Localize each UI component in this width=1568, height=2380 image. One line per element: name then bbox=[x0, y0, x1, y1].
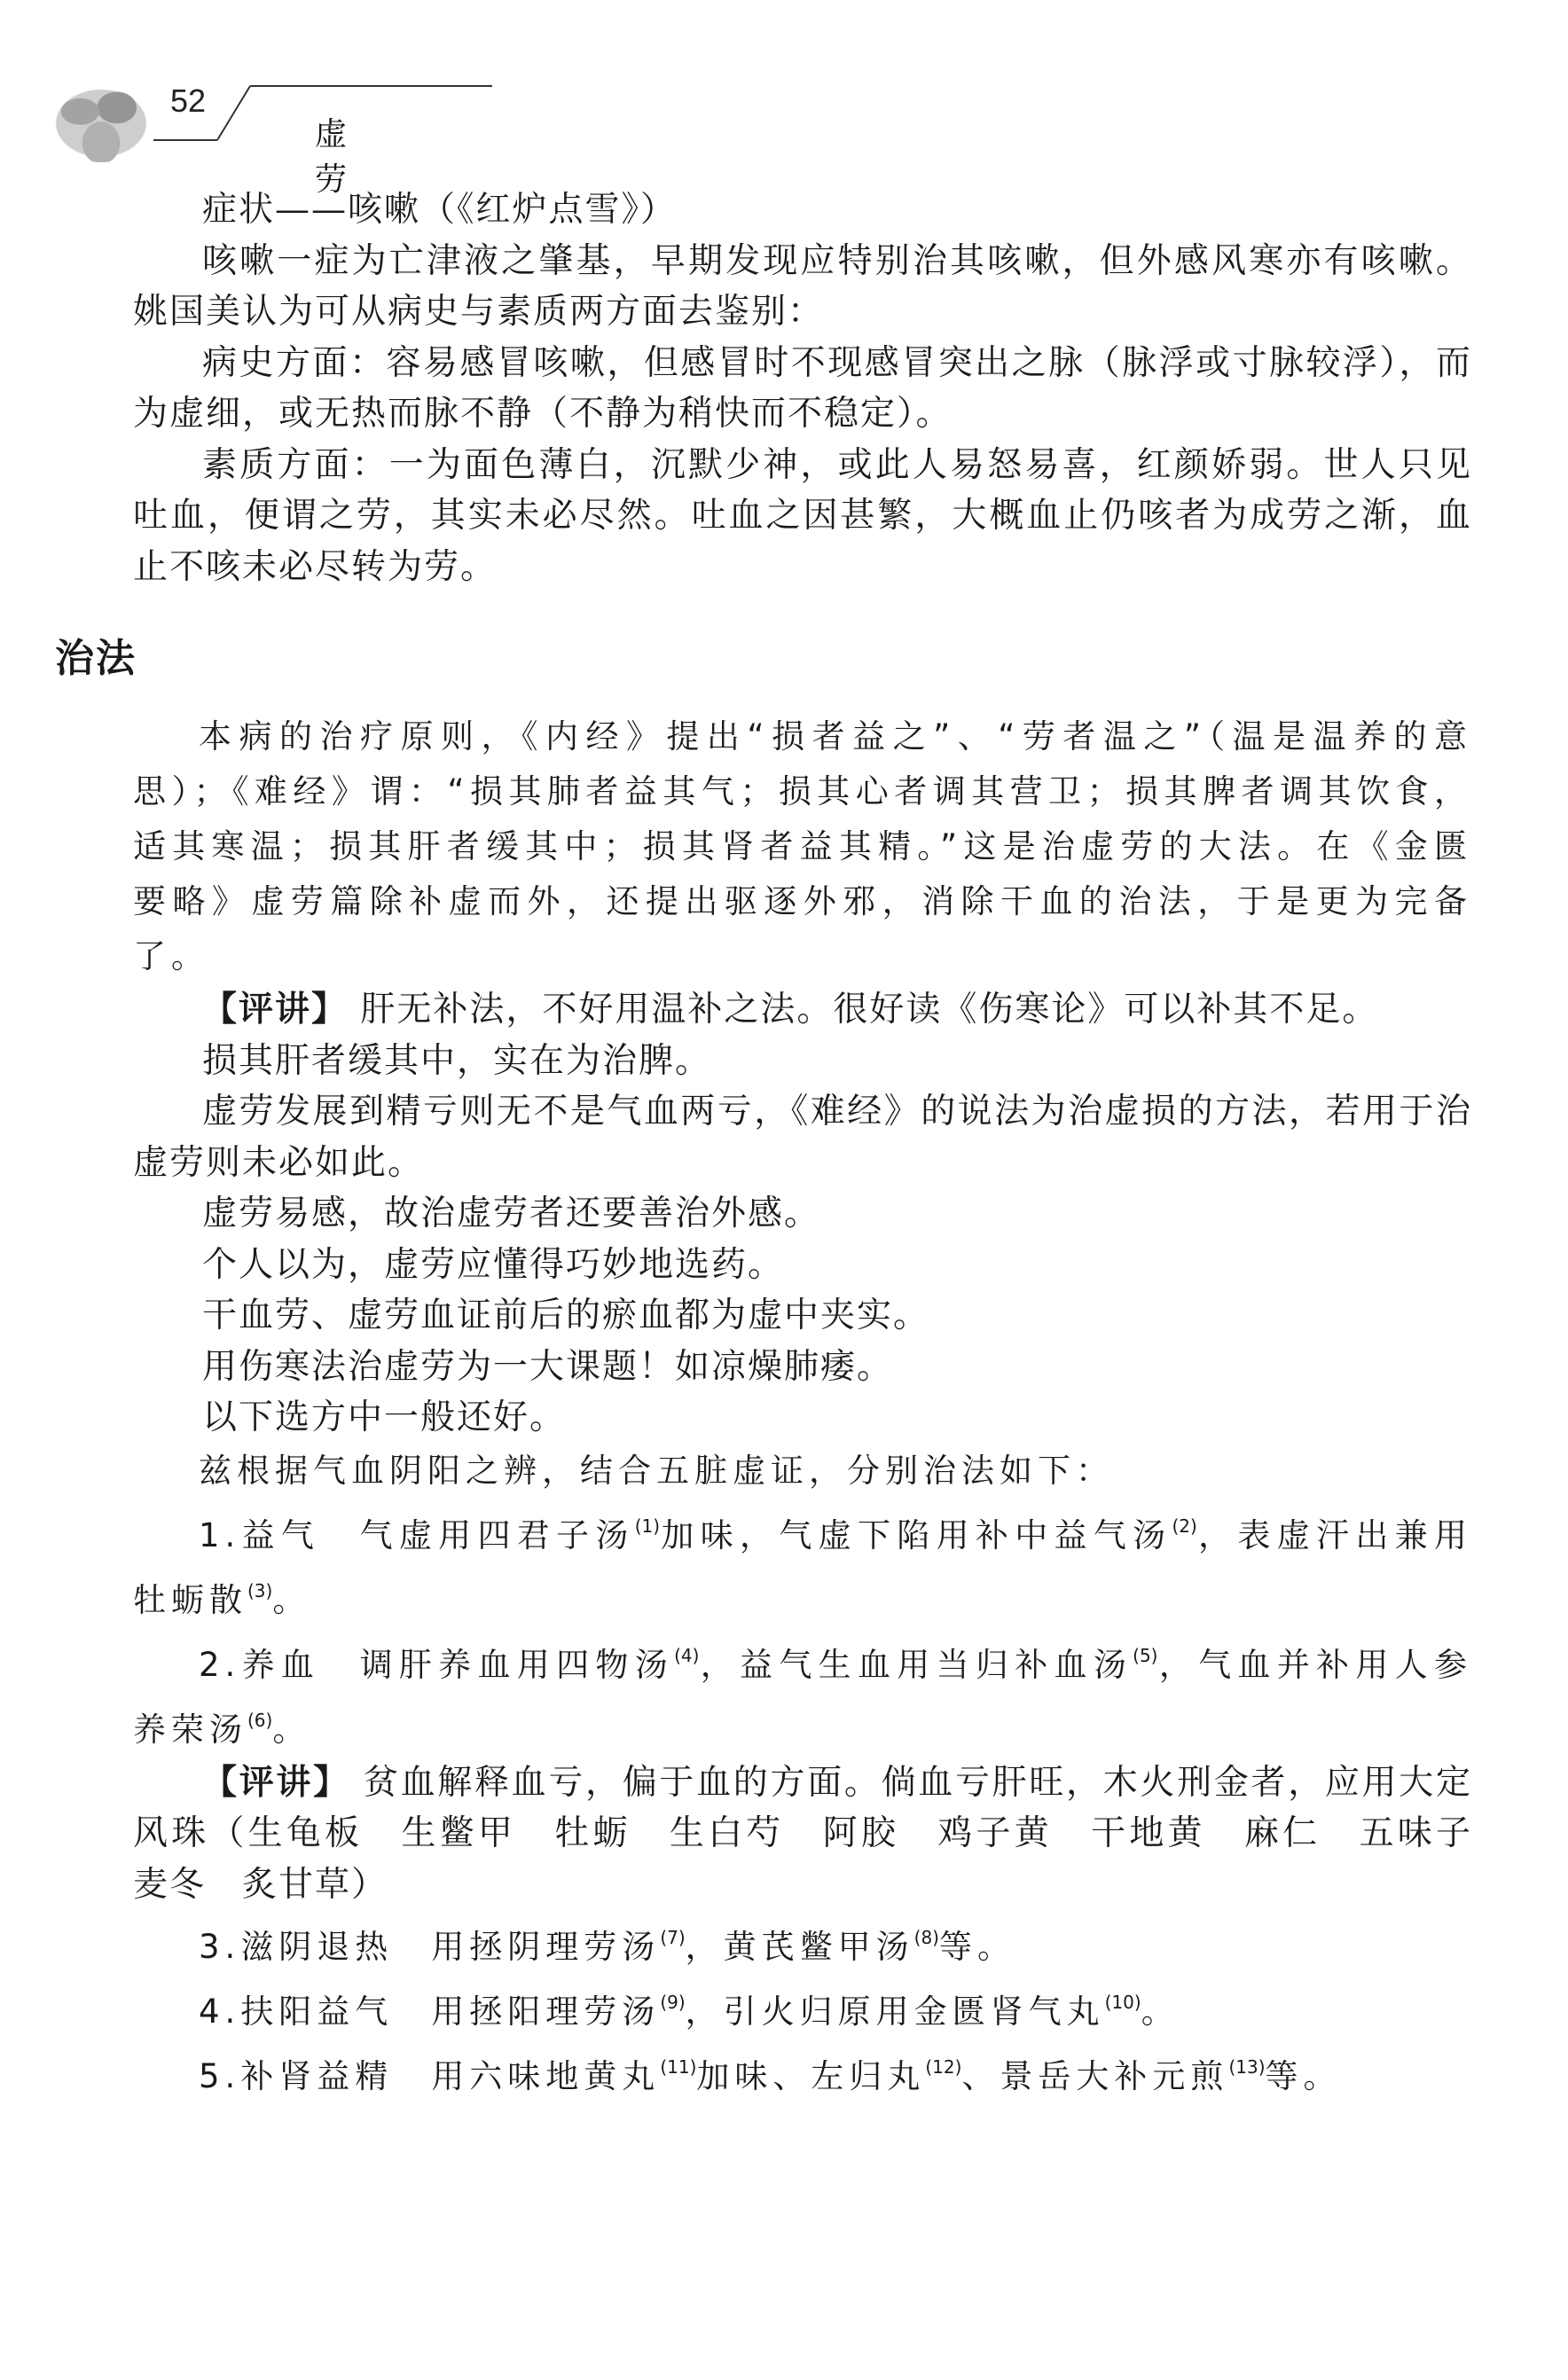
method-text: 用拯阴理劳汤 bbox=[431, 1928, 660, 1966]
note: 损其肝者缓其中，实在为治脾。 bbox=[133, 1036, 1472, 1087]
note: 虚劳发展到精亏则无不是气血两亏，《难经》的说法为治虚损的方法，若用于治虚劳则未必… bbox=[133, 1086, 1472, 1188]
method-text: 调肝养血用四物汤 bbox=[360, 1646, 675, 1684]
method-name: 补肾益精 bbox=[240, 2057, 393, 2095]
commentary-2: 【评讲】 贫血解释血亏，偏于血的方面。倘血亏肝旺，木火刑金者，应用大定风珠（生龟… bbox=[133, 1758, 1472, 1911]
intro-paragraph: 咳嗽一症为亡津液之肇基，早期发现应特别治其咳嗽，但外感风寒亦有咳嗽。姚国美认为可… bbox=[133, 236, 1472, 338]
page-body: 症状——咳嗽（《红炉点雪》） 咳嗽一症为亡津液之肇基，早期发现应特别治其咳嗽，但… bbox=[133, 184, 1472, 2104]
note: 个人以为，虚劳应懂得巧妙地选药。 bbox=[133, 1240, 1472, 1291]
commentary-tag: 【评讲】 bbox=[202, 989, 348, 1030]
method-item-2: 2.养血 调肝养血用四物汤(4)，益气生血用当归补血汤(5)，气血并补用人参养荣… bbox=[133, 1628, 1472, 1758]
method-text: 。 bbox=[272, 1711, 310, 1749]
method-text: ，引火归原用金匮肾气丸 bbox=[686, 1992, 1105, 2031]
commentary-text: 肝无补法，不好用温补之法。很好读《伤寒论》可以补其不足。 bbox=[360, 990, 1378, 1030]
commentary-tag: 【评讲】 bbox=[202, 1762, 350, 1803]
method-intro: 兹根据气血阴阳之辨，结合五脏虚证，分别治法如下： bbox=[133, 1444, 1472, 1499]
footnote-ref[interactable]: (6) bbox=[247, 1710, 272, 1731]
note: 干血劳、虚劳血证前后的瘀血都为虚中夹实。 bbox=[133, 1290, 1472, 1342]
footnote-ref[interactable]: (2) bbox=[1172, 1515, 1196, 1537]
note: 用伤寒法治虚劳为一大课题！如凉燥肺痿。 bbox=[133, 1342, 1472, 1393]
method-number: 3. bbox=[199, 1928, 240, 1966]
method-name: 滋阴退热 bbox=[240, 1928, 393, 1966]
method-text: 气虚用四君子汤 bbox=[360, 1516, 635, 1554]
footnote-ref[interactable]: (11) bbox=[660, 2056, 696, 2078]
footnote-ref[interactable]: (8) bbox=[914, 1927, 939, 1948]
method-item-5: 5.补肾益精 用六味地黄丸(11)加味、左归丸(12)、景岳大补元煎(13)等。 bbox=[133, 2039, 1472, 2104]
method-text: ，黄芪鳖甲汤 bbox=[686, 1928, 914, 1966]
note: 虚劳易感，故治虚劳者还要善治外感。 bbox=[133, 1188, 1472, 1240]
method-text: 加味、左归丸 bbox=[696, 2057, 925, 2095]
symptom-title: 症状——咳嗽（《红炉点雪》） bbox=[133, 184, 1472, 236]
method-text: 用拯阳理劳汤 bbox=[431, 1992, 660, 2031]
treatment-principle-paragraph: 本病的治疗原则，《内经》提出“损者益之”、“劳者温之”（温是温养的意思）；《难经… bbox=[133, 709, 1472, 984]
section-heading: 治法 bbox=[55, 626, 1472, 683]
page-header: 52 虚劳 bbox=[49, 75, 492, 173]
footnote-ref[interactable]: (13) bbox=[1228, 2056, 1265, 2078]
history-paragraph: 病史方面：容易感冒咳嗽，但感冒时不现感冒突出之脉（脉浮或寸脉较浮），而为虚细，或… bbox=[133, 338, 1472, 440]
method-text: 。 bbox=[272, 1581, 310, 1619]
footnote-ref[interactable]: (12) bbox=[925, 2056, 961, 2078]
page-number: 52 bbox=[170, 82, 206, 120]
footnote-ref[interactable]: (5) bbox=[1133, 1645, 1157, 1666]
footnote-ref[interactable]: (9) bbox=[660, 1992, 685, 2013]
method-number: 5. bbox=[199, 2057, 240, 2095]
footnote-ref[interactable]: (4) bbox=[674, 1645, 699, 1666]
method-number: 1. bbox=[199, 1516, 240, 1554]
method-text: 用六味地黄丸 bbox=[431, 2057, 660, 2095]
method-text: ，益气生血用当归补血汤 bbox=[699, 1646, 1133, 1684]
method-text: 加味，气虚下陷用补中益气汤 bbox=[660, 1516, 1172, 1554]
method-name: 益气 bbox=[240, 1516, 320, 1554]
method-name: 扶阳益气 bbox=[240, 1992, 393, 2031]
method-item-1: 1.益气 气虚用四君子汤(1)加味，气虚下陷用补中益气汤(2)，表虚汗出兼用牡蛎… bbox=[133, 1499, 1472, 1628]
method-text: 、景岳大补元煎 bbox=[961, 2057, 1228, 2095]
method-number: 4. bbox=[199, 1992, 240, 2031]
method-item-4: 4.扶阳益气 用拯阳理劳汤(9)，引火归原用金匮肾气丸(10)。 bbox=[133, 1975, 1472, 2039]
method-text: 等。 bbox=[1266, 2057, 1342, 2095]
method-item-3: 3.滋阴退热 用拯阴理劳汤(7)，黄芪鳖甲汤(8)等。 bbox=[133, 1910, 1472, 1975]
method-text: 等。 bbox=[939, 1928, 1015, 1966]
method-text: 。 bbox=[1141, 1992, 1180, 2031]
footnote-ref[interactable]: (7) bbox=[660, 1927, 685, 1948]
note: 以下选方中一般还好。 bbox=[133, 1392, 1472, 1444]
method-number: 2. bbox=[199, 1646, 240, 1684]
footnote-ref[interactable]: (3) bbox=[247, 1580, 272, 1601]
footnote-ref[interactable]: (10) bbox=[1105, 1992, 1141, 2013]
commentary-1: 【评讲】 肝无补法，不好用温补之法。很好读《伤寒论》可以补其不足。 bbox=[133, 984, 1472, 1036]
constitution-paragraph: 素质方面：一为面色薄白，沉默少神，或此人易怒易喜，红颜娇弱。世人只见吐血，便谓之… bbox=[133, 440, 1472, 593]
method-name: 养血 bbox=[240, 1646, 320, 1684]
footnote-ref[interactable]: (1) bbox=[635, 1515, 660, 1537]
